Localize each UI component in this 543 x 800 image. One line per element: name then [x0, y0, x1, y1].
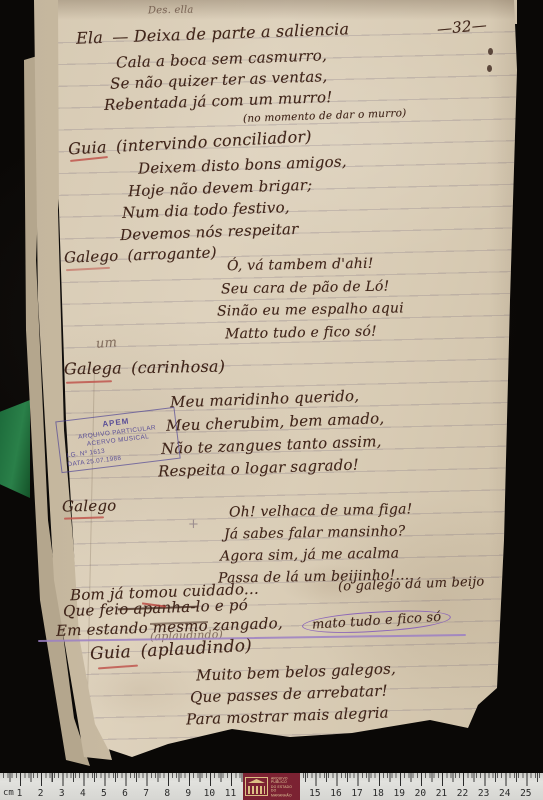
speaker-label: Galego — [64, 247, 119, 267]
measurement-ruler: cm 1234567891011121314151617181920212223… — [0, 773, 543, 800]
ruler-number: 15 — [304, 788, 325, 799]
ruler-number: 3 — [51, 788, 72, 799]
speaker-line: Galego (arrogante) — [64, 243, 217, 266]
ruler-number: 17 — [347, 788, 368, 799]
speaker-line: Ela — Deixa de parte a saliencia — [76, 19, 350, 48]
handwritten-line: Sinão eu me espalho aqui — [217, 300, 404, 319]
ruler-number: 7 — [136, 788, 157, 799]
red-underline — [66, 267, 110, 272]
handwriting-layer: Des. ella —32— Ela — Deixa de parte a sa… — [0, 0, 543, 800]
handwritten-line: Que passes de arrebatar! — [190, 682, 388, 707]
ruler-number: 21 — [431, 788, 452, 799]
verse-opening: — Deixa de parte a saliencia — [112, 19, 349, 46]
ink-dot — [488, 48, 493, 55]
red-underline — [98, 665, 138, 670]
speaker-label: Galega — [64, 358, 122, 378]
handwritten-line: Para mostrar mais alegria — [186, 703, 389, 728]
ink-scribble: um — [96, 335, 118, 351]
handwritten-line: Meu maridinho querido, — [170, 387, 360, 412]
plus-mark: + — [188, 517, 199, 532]
handwritten-line: Ó, vá tambem d'ahi! — [227, 256, 374, 275]
ruler-number: 11 — [220, 788, 241, 799]
ink-dot — [487, 65, 492, 72]
logo-text-line: PUBLICO — [271, 780, 297, 784]
circled-text: mato tudo e fico só — [301, 607, 451, 636]
speaker-line: Galego — [62, 497, 117, 516]
top-fragment: Des. ella — [148, 5, 194, 17]
stage-annotation: (no momento de dar o murro) — [243, 107, 407, 125]
stage-direction: (carinhosa) — [131, 357, 225, 378]
ruler-number: 25 — [515, 788, 536, 799]
ruler-number: 10 — [199, 788, 220, 799]
handwritten-line: Respeita o logar sagrado! — [158, 455, 360, 480]
stage-direction: (intervindo conciliador) — [115, 127, 312, 156]
handwritten-line: Deixem disto bons amigos, — [138, 152, 347, 177]
red-underline — [66, 380, 112, 384]
columns-shape — [248, 786, 265, 794]
speaker-label: Ela — [76, 28, 104, 48]
pediment-shape — [248, 779, 265, 783]
speaker-line: Galega (carinhosa) — [64, 357, 225, 379]
handwritten-line: Já sabes falar mansinho? — [224, 523, 406, 542]
ruler-number: 16 — [325, 788, 346, 799]
logo-text-line: DO ESTADO — [271, 784, 297, 788]
building-icon — [245, 777, 268, 796]
handwritten-line: Devemos nós respeitar — [120, 220, 299, 244]
logo-text-line: ARQUIVO — [271, 776, 297, 780]
ruler-number: 8 — [157, 788, 178, 799]
ruler-number: 2 — [30, 788, 51, 799]
speaker-line: Guia (intervindo conciliador) — [68, 127, 312, 159]
ruler-number: 24 — [494, 788, 515, 799]
ruler-number: 22 — [452, 788, 473, 799]
logo-text: ARQUIVOPUBLICODO ESTADODO MARANHÃO — [271, 776, 297, 797]
handwritten-line: Meu cherubim, bem amado, — [166, 409, 385, 435]
ruler-number: 9 — [178, 788, 199, 799]
ruler-number: 19 — [389, 788, 410, 799]
handwritten-line: Muito bem belos galegos, — [196, 660, 397, 685]
speaker-label: Galego — [62, 497, 117, 516]
handwritten-line: Num dia todo festivo, — [122, 198, 290, 222]
ruler-number: 23 — [473, 788, 494, 799]
ruler-number: 18 — [368, 788, 389, 799]
handwritten-line: Agora sim, já me acalma — [220, 545, 399, 564]
speaker-label: Guia — [90, 642, 132, 664]
speaker-label: Guia — [68, 137, 107, 158]
handwritten-line: Hoje não devem brigar; — [128, 176, 313, 200]
logo-text-line: DO MARANHÃO — [271, 789, 297, 797]
apem-logo: ARQUIVOPUBLICODO ESTADODO MARANHÃO — [243, 773, 300, 800]
scan-background: Des. ella —32— Ela — Deixa de parte a sa… — [0, 0, 543, 800]
ruler-number: 5 — [93, 788, 114, 799]
handwritten-line: Matto tudo e fico só! — [225, 324, 377, 343]
ruler-number: 4 — [72, 788, 93, 799]
ruler-number: 20 — [410, 788, 431, 799]
page-number: —32— — [436, 16, 487, 38]
red-underline — [64, 516, 104, 520]
stage-direction: (arrogante) — [127, 243, 217, 264]
ruler-number: 6 — [114, 788, 135, 799]
handwritten-line: Oh! velhaca de uma figa! — [229, 501, 413, 520]
handwritten-line: Não te zangues tanto assim, — [161, 432, 382, 458]
ruler-number: 1 — [9, 788, 30, 799]
handwritten-line: Seu cara de pão de Ló! — [221, 279, 390, 298]
